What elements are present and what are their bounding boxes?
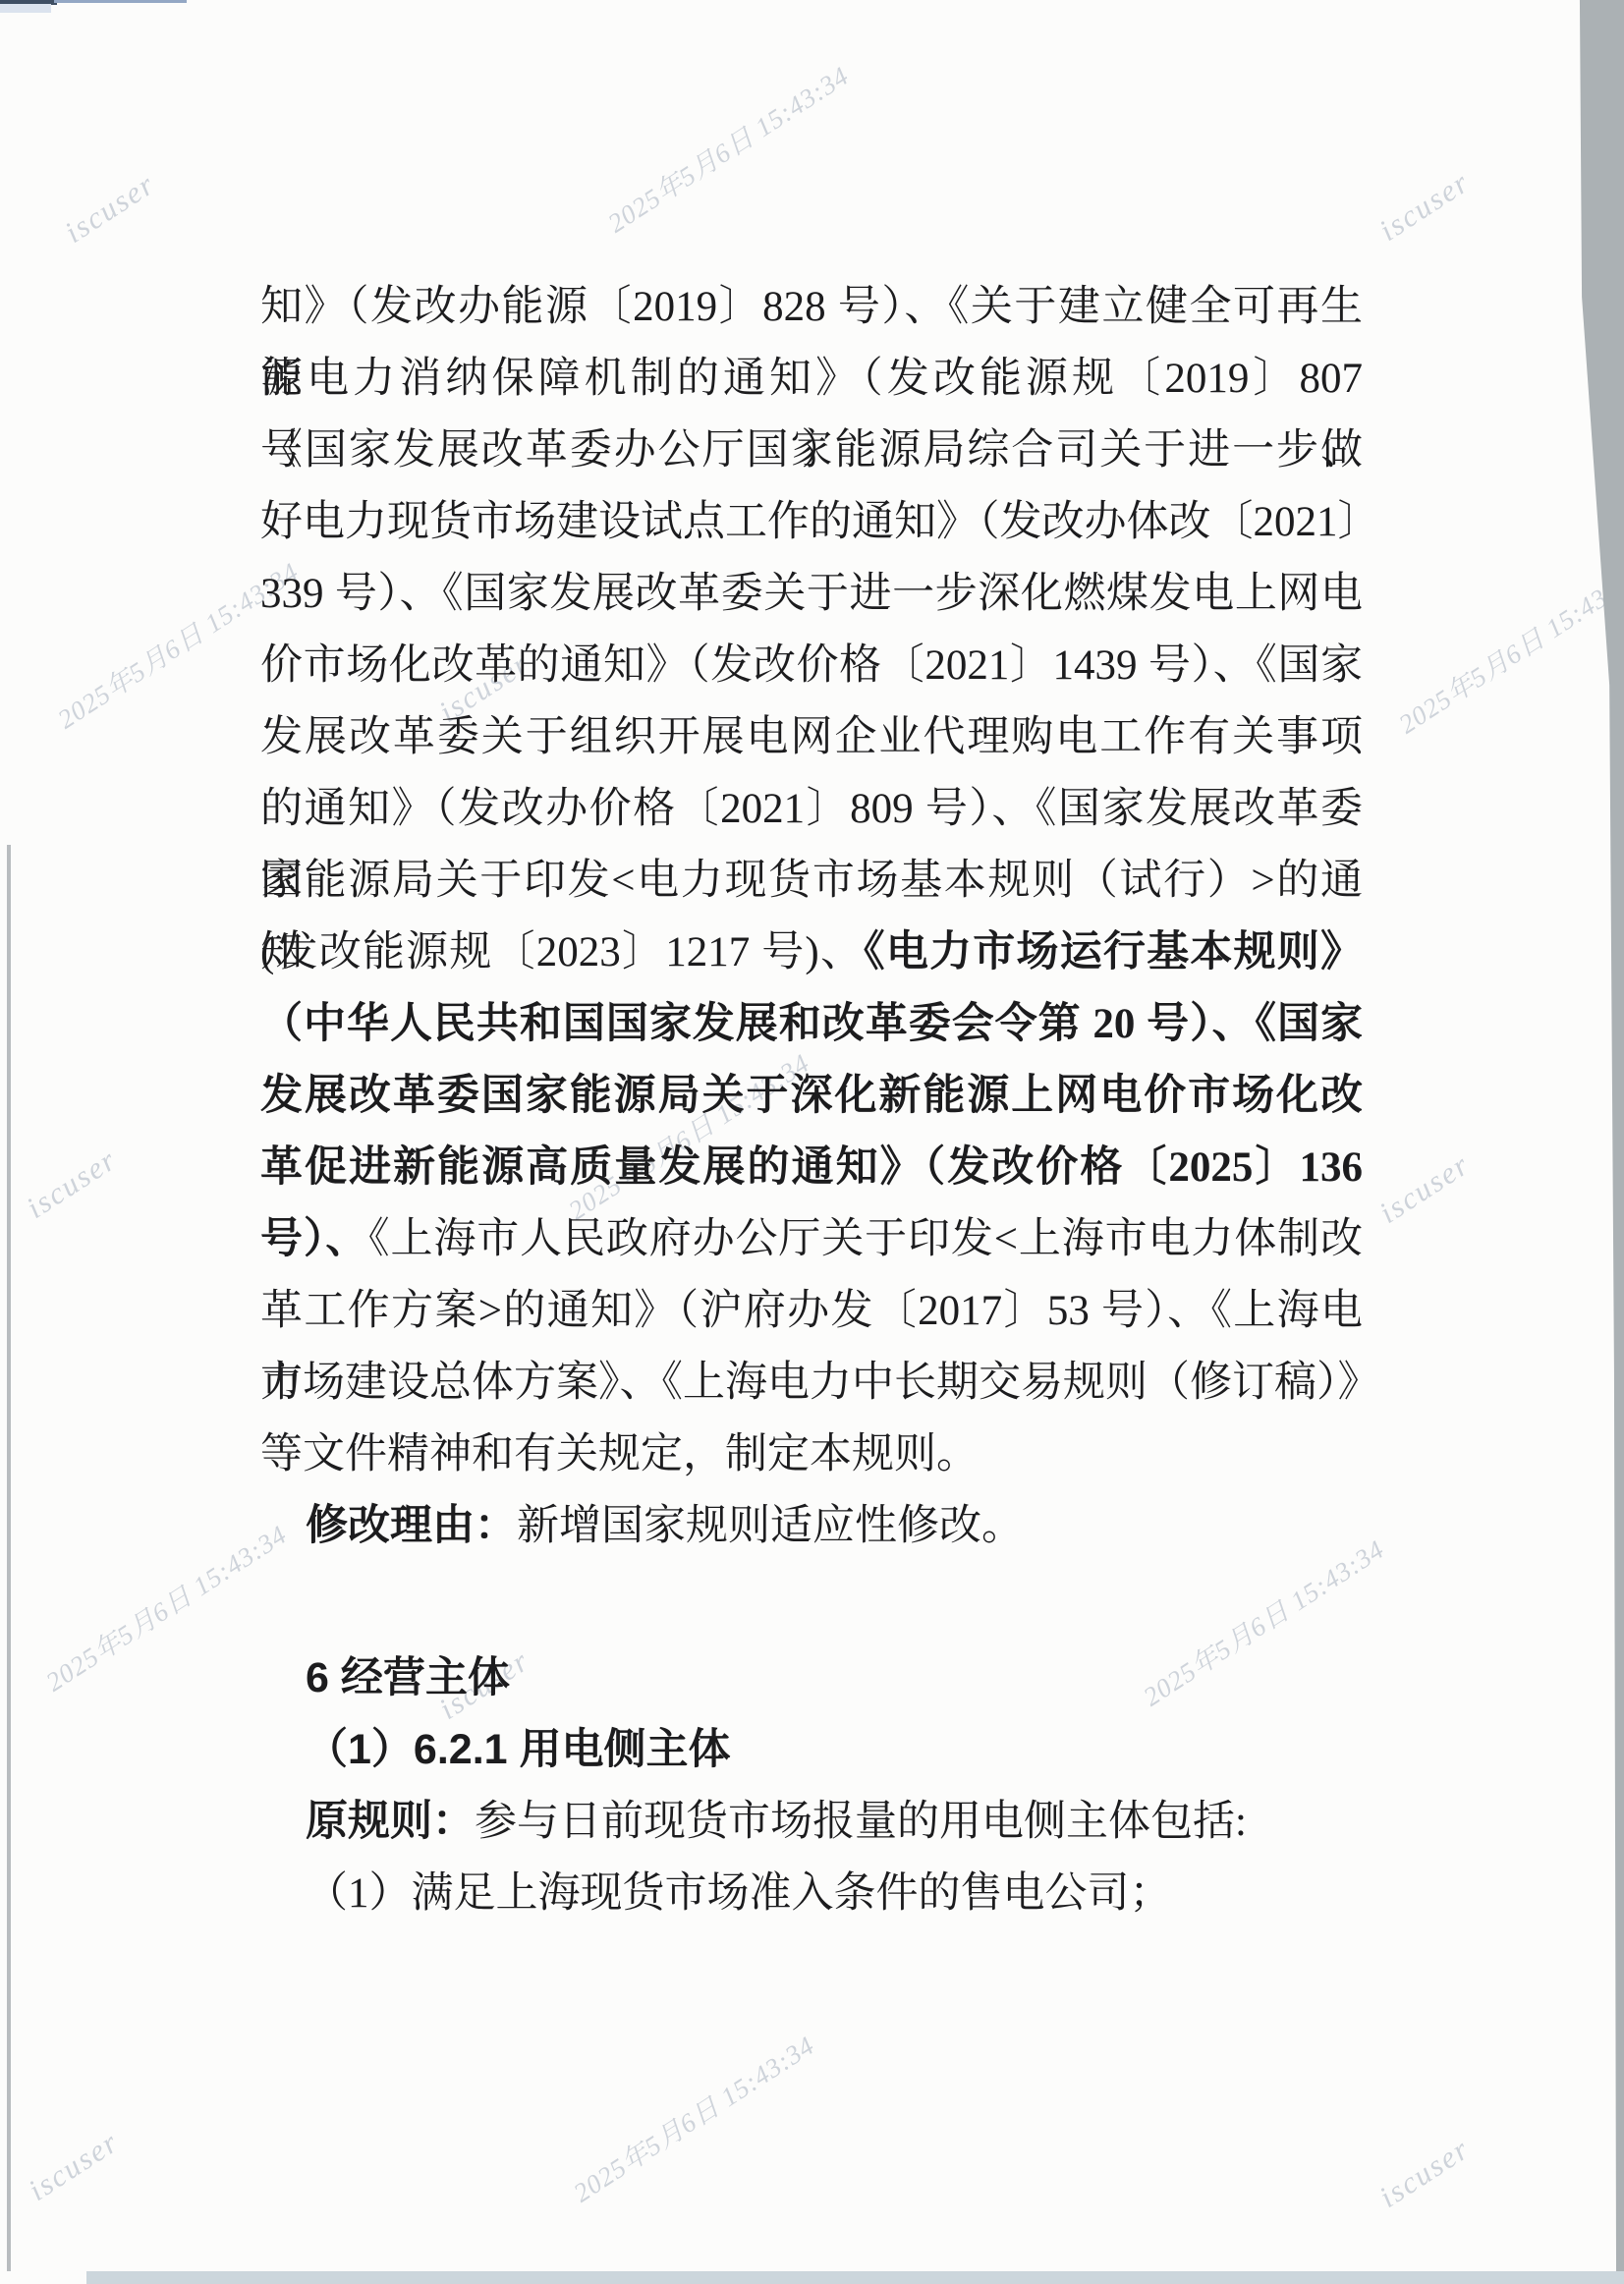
text-line: 号）、《上海市人民政府办公厅关于印发<上海市电力体制改 [260, 1203, 1363, 1275]
text-line: 源电力消纳保障机制的通知》（发改能源规〔2019〕807 号）、 [260, 343, 1363, 415]
text-line: 原规则：参与日前现货市场报量的用电侧主体包括: [260, 1786, 1363, 1858]
watermark-username: iscuser [1372, 164, 1476, 249]
text-segment: （1）6.2.1 用电侧主体 [306, 1726, 731, 1773]
text-segment: 价市场化改革的通知》（发改价格〔2021〕1439 号）、《国家 [260, 642, 1363, 689]
text-segment: 革促进新能源高质量发展的通知》（发改价格〔2025〕136 [260, 1144, 1363, 1191]
text-line: 《国家发展改革委办公厅国家能源局综合司关于进一步做 [260, 415, 1363, 486]
text-line: （1）满足上海现货市场准入条件的售电公司； [260, 1858, 1363, 1929]
text-line: 发展改革委关于组织开展电网企业代理购电工作有关事项 [260, 701, 1363, 773]
text-segment: 新增国家规则适应性修改。 [517, 1503, 1024, 1549]
scan-edge-left-line [7, 845, 11, 2271]
watermark-timestamp: 2025年5月6日 15:43:34 [1390, 556, 1624, 741]
text-line: 革促进新能源高质量发展的通知》（发改价格〔2025〕136 [260, 1132, 1363, 1203]
text-segment: 《国家发展改革委办公厅国家能源局综合司关于进一步做 [260, 427, 1363, 474]
scanned-document-page: iscuser2025年5月6日 15:43:34iscuser2025年5月6… [0, 0, 1624, 2284]
text-line: 发展改革委国家能源局关于深化新能源上网电价市场化改 [260, 1060, 1363, 1132]
text-segment: 市场建设总体方案》、《上海电力中长期交易规则（修订稿）》 [260, 1360, 1380, 1406]
text-line: (发改能源规〔2023〕1217 号)、《电力市场运行基本规则》 [260, 917, 1363, 988]
watermark-timestamp: 2025年5月6日 15:43:34 [565, 2025, 821, 2209]
watermark-username: iscuser [58, 166, 161, 251]
text-line: 知》（发改办能源〔2019〕828 号）、《关于建立健全可再生能 [260, 271, 1363, 343]
watermark-username: iscuser [1372, 2131, 1476, 2215]
text-line: 家能源局关于印发<电力现货市场基本规则（试行）>的通知》 [260, 845, 1363, 917]
text-line: 339 号）、《国家发展改革委关于进一步深化燃煤发电上网电 [260, 558, 1363, 630]
scan-edge-top-smudge [0, 4, 51, 13]
scan-edge-bottom-band [86, 2271, 1624, 2284]
text-line: 修改理由：新增国家规则适应性修改。 [260, 1490, 1363, 1562]
watermark-timestamp: 2025年5月6日 15:43:34 [599, 55, 856, 240]
text-line: （中华人民共和国国家发展和改革委会令第 20 号）、《国家 [260, 988, 1363, 1060]
text-line: 市场建设总体方案》、《上海电力中长期交易规则（修订稿）》 [260, 1347, 1363, 1419]
text-segment: 《电力市场运行基本规则》 [864, 929, 1363, 975]
text-line: 革工作方案>的通知》（沪府办发〔2017〕53 号）、《上海电力 [260, 1275, 1363, 1347]
text-line: 好电力现货市场建设试点工作的通知》（发改办体改〔2021〕 [260, 486, 1363, 558]
policy-basis-paragraph: 知》（发改办能源〔2019〕828 号）、《关于建立健全可再生能源电力消纳保障机… [260, 271, 1363, 1562]
watermark-timestamp: 2025年5月6日 15:43:34 [37, 1514, 294, 1699]
text-line: 等文件精神和有关规定，制定本规则。 [260, 1419, 1363, 1490]
scan-edge-right-band [1572, 0, 1624, 2284]
text-segment: 《上海市人民政府办公厅关于印发<上海市电力体制改 [368, 1216, 1363, 1262]
text-segment: 发展改革委国家能源局关于深化新能源上网电价市场化改 [260, 1073, 1363, 1119]
watermark-username: iscuser [20, 1142, 123, 1226]
text-line: 价市场化改革的通知》（发改价格〔2021〕1439 号）、《国家 [260, 630, 1363, 701]
text-segment: 参与日前现货市场报量的用电侧主体包括: [475, 1799, 1247, 1845]
text-segment: 等文件精神和有关规定，制定本规则。 [260, 1431, 979, 1477]
text-line: 的通知》（发改办价格〔2021〕809 号）、《国家发展改革委国 [260, 773, 1363, 845]
watermark-username: iscuser [22, 2124, 125, 2208]
text-segment: 6 经营主体 [306, 1654, 510, 1701]
section-6-business-entities: 6 经营主体（1）6.2.1 用电侧主体原规则：参与日前现货市场报量的用电侧主体… [260, 1643, 1363, 1929]
text-segment: 修改理由： [306, 1502, 517, 1549]
text-segment: 好电力现货市场建设试点工作的通知》（发改办体改〔2021〕 [260, 499, 1380, 545]
text-segment: （1）满足上海现货市场准入条件的售电公司； [306, 1870, 1172, 1917]
watermark-username: iscuser [1372, 1146, 1476, 1231]
text-segment: 号）、 [260, 1216, 368, 1262]
text-segment: （中华人民共和国国家发展和改革委会令第 20 号）、《国家 [260, 1001, 1363, 1047]
scan-edge-top-light-line [54, 0, 187, 3]
text-segment: 339 号）、《国家发展改革委关于进一步深化燃煤发电上网电 [260, 571, 1363, 617]
text-segment: 发展改革委关于组织开展电网企业代理购电工作有关事项 [260, 714, 1363, 760]
text-segment: 原规则： [306, 1798, 475, 1845]
text-segment: (发改能源规〔2023〕1217 号)、 [260, 929, 864, 975]
scan-edge-top-dark-line [0, 0, 57, 5]
text-line: 6 经营主体 [260, 1643, 1363, 1714]
text-line: （1）6.2.1 用电侧主体 [260, 1714, 1363, 1786]
